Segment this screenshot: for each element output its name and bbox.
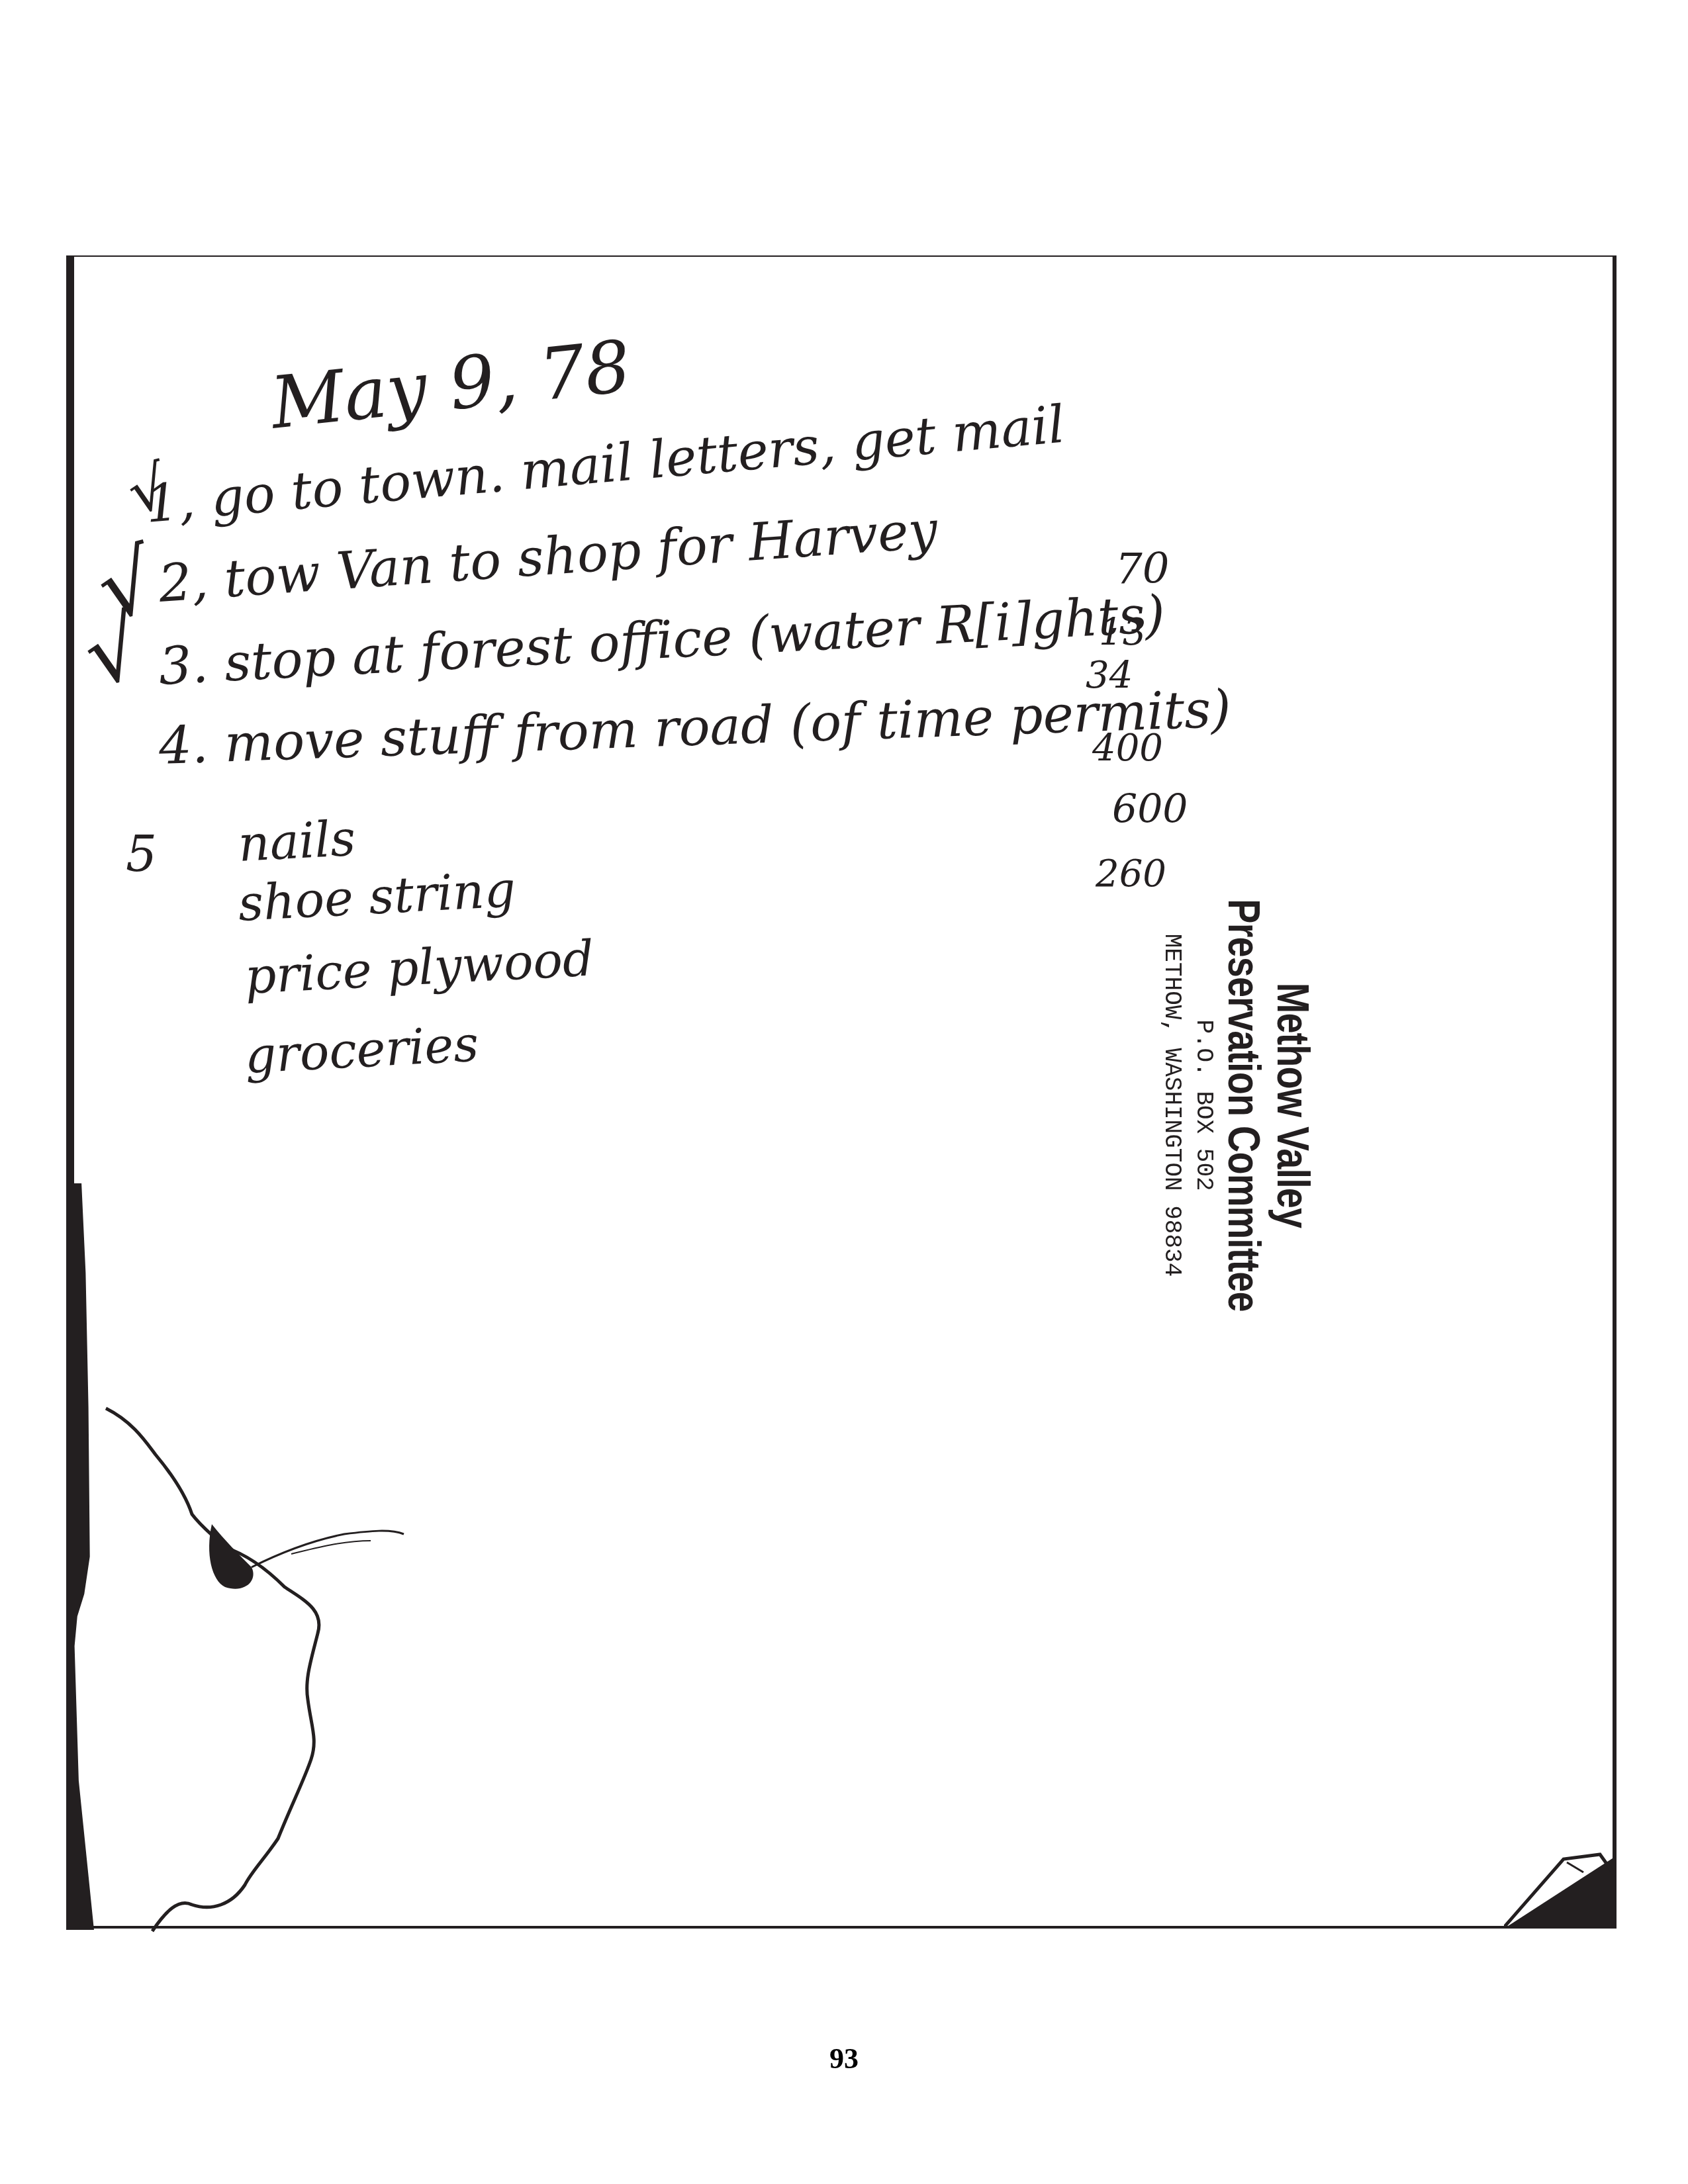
margin-figure: 34: [1086, 654, 1133, 697]
letterhead-org-name: Methow Valley: [1268, 861, 1317, 1349]
margin-figure: 70: [1115, 545, 1169, 594]
water-stain-mark: [93, 1382, 437, 1978]
scan-edge-shadow-right: [1613, 257, 1617, 1929]
letterhead-stamp: Methow Valley Preservation Committee P.O…: [1156, 807, 1317, 1403]
scanned-note-sheet: May 9, 78 √ √ √ 1, go to town. mail lett…: [66, 255, 1617, 1929]
todo-item-number: 4.: [158, 715, 209, 776]
shopping-list-item: groceries: [244, 1016, 480, 1085]
todo-item-text: stop at forest office (water R[i]ghts): [223, 584, 1167, 693]
letterhead-city-state-zip: METHOW, WASHINGTON 98834: [1156, 807, 1188, 1403]
torn-edge-shadow: [66, 1183, 94, 1930]
todo-item-number: 3.: [158, 635, 210, 697]
margin-figure: 13: [1099, 611, 1146, 654]
shopping-list-item: nails: [237, 810, 357, 873]
margin-figure: 400: [1092, 727, 1163, 770]
shopping-list-item: shoe string: [237, 861, 517, 933]
todo-item-number: 5: [126, 826, 157, 883]
curled-corner: [1504, 1829, 1617, 1929]
todo-item: 4. move stuff from road (of time permits…: [158, 679, 1232, 776]
todo-item-number: 1,: [143, 471, 197, 535]
shopping-list-item: price plywood: [244, 930, 596, 1005]
note-date: May 9, 78: [267, 325, 634, 445]
todo-item-text: move stuff from road (of time permits): [224, 679, 1233, 774]
todo-item-number: 2,: [157, 551, 211, 614]
page-number: 93: [0, 2042, 1688, 2075]
letterhead-po-box: P.O. BOX 502: [1188, 807, 1219, 1403]
letterhead-org-name: Preservation Committee: [1219, 861, 1268, 1349]
